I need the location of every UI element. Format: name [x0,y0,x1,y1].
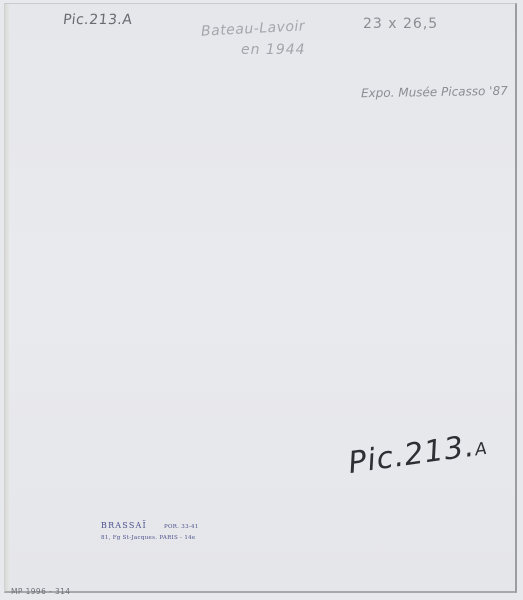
reference-large-main: Pic.213. [346,429,477,481]
photo-verso-sheet: Pic.213.A Bateau-Lavoir en 1944 23 x 26,… [4,3,517,593]
stamp-name: BRASSAÏ [101,521,147,530]
stamp-address: 81, Fg St-Jacques. PARIS - 14e [101,535,199,541]
dimensions-annotation: 23 x 26,5 [363,16,438,32]
title-annotation-line1: Bateau-Lavoir [201,18,306,39]
stamp-phone: POR. 33-41 [164,524,199,530]
reference-annotation-large: Pic.213.A [346,427,488,481]
reference-large-suffix: A [474,439,488,460]
exhibition-annotation: Expo. Musée Picasso '87 [361,84,508,101]
photographer-stamp: BRASSAÏ POR. 33-41 81, Fg St-Jacques. PA… [101,513,199,541]
title-annotation-line2: en 1944 [241,42,306,58]
inventory-number: MP 1996 - 314 [11,587,70,596]
reference-annotation-top: Pic.213.A [62,12,133,28]
